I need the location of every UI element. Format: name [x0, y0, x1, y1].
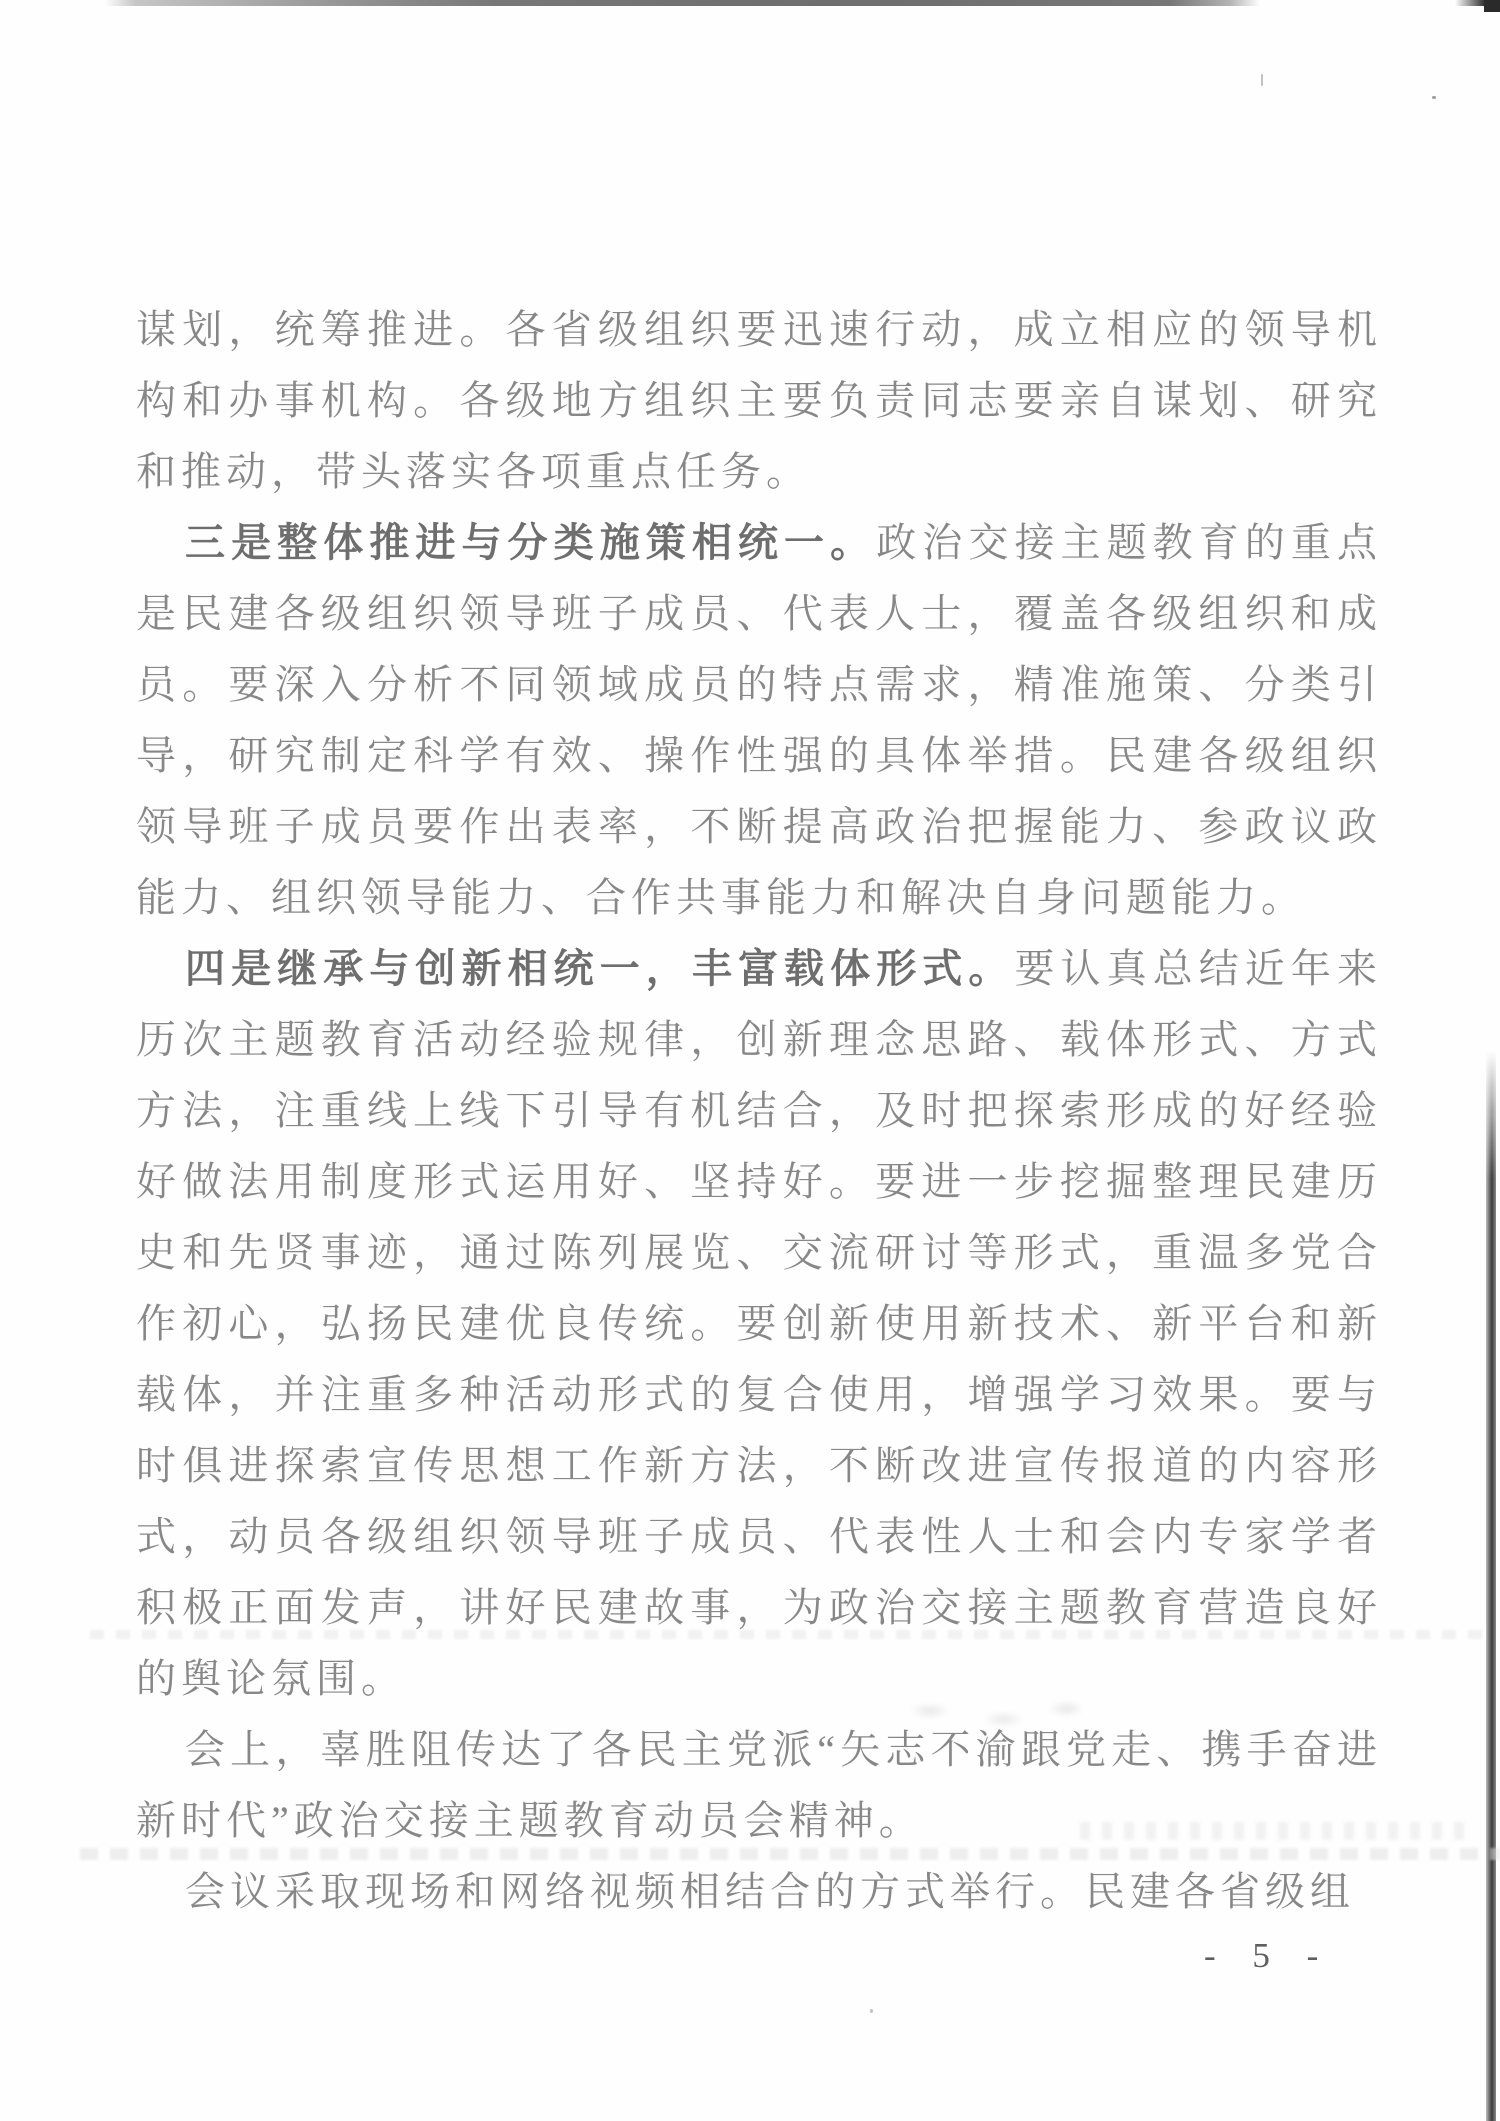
- paragraph-meeting-spirit: 会上，辜胜阻传达了各民主党派“矢志不渝跟党走、携手奋进新时代”政治交接主题教育动…: [136, 1714, 1382, 1856]
- page-number: - 5 -: [1204, 1936, 1332, 1976]
- scanned-document-page: 谋划，统筹推进。各省级组织要迅速行动，成立相应的领导机构和办事机构。各级地方组织…: [0, 0, 1500, 2121]
- paragraph-text: 政治交接主题教育的重点是民建各级组织领导班子成员、代表人士，覆盖各级组织和成员。…: [136, 520, 1382, 920]
- scan-speck: [870, 2009, 873, 2013]
- scan-artifact-right-edge: [1486, 1050, 1496, 2121]
- paragraph-text: 会上，辜胜阻传达了各民主党派“矢志不渝跟党走、携手奋进新时代”政治交接主题教育动…: [136, 1727, 1382, 1843]
- paragraph-text: 要认真总结近年来历次主题教育活动经验规律，创新理念思路、载体形式、方式方法，注重…: [136, 946, 1382, 1701]
- scan-artifact-top-band: [0, 0, 1500, 6]
- paragraph-point-three: 三是整体推进与分类施策相统一。政治交接主题教育的重点是民建各级组织领导班子成员、…: [136, 507, 1382, 933]
- document-body: 谋划，统筹推进。各省级组织要迅速行动，成立相应的领导机构和办事机构。各级地方组织…: [136, 294, 1382, 1927]
- paragraph-text: 谋划，统筹推进。各省级组织要迅速行动，成立相应的领导机构和办事机构。各级地方组织…: [136, 307, 1382, 494]
- scan-speck: [1261, 74, 1263, 86]
- scan-artifact-corner-mark: [1484, 0, 1500, 12]
- paragraph-text: 会议采取现场和网络视频相结合的方式举行。民建各省级组: [185, 1869, 1355, 1914]
- scan-speck: [1432, 96, 1436, 99]
- paragraph-meeting-format: 会议采取现场和网络视频相结合的方式举行。民建各省级组: [136, 1856, 1382, 1927]
- paragraph-continuation: 谋划，统筹推进。各省级组织要迅速行动，成立相应的领导机构和办事机构。各级地方组织…: [136, 294, 1382, 507]
- paragraph-point-four: 四是继承与创新相统一，丰富载体形式。要认真总结近年来历次主题教育活动经验规律，创…: [136, 933, 1382, 1714]
- paragraph-lead: 四是继承与创新相统一，丰富载体形式。: [185, 946, 1014, 991]
- paragraph-lead: 三是整体推进与分类施策相统一。: [185, 520, 876, 565]
